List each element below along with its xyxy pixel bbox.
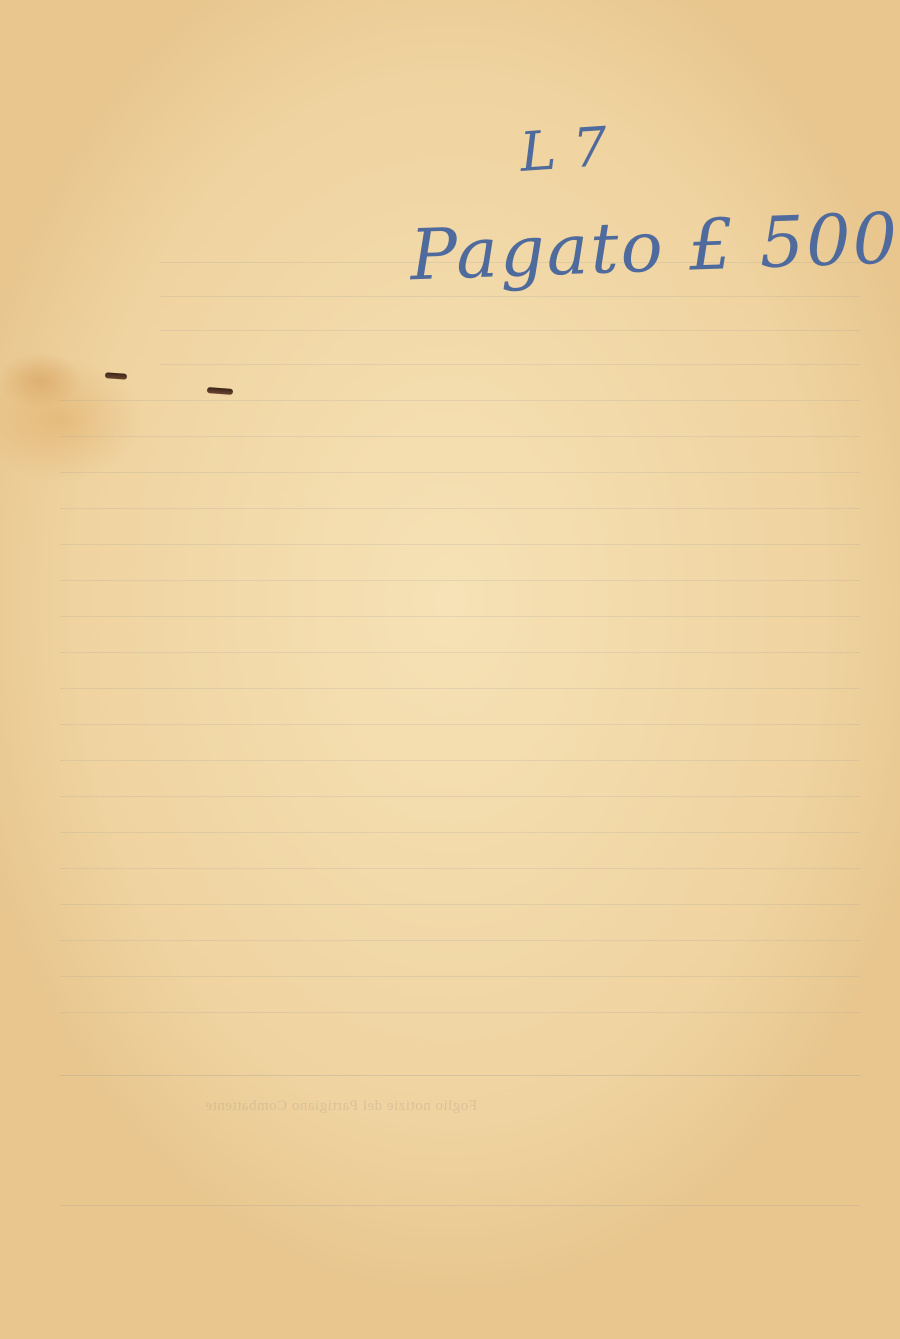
bleed-through-text: Foglio notizie del Partigiano Combattent… [205, 1098, 477, 1115]
ruled-line [60, 580, 860, 581]
ruled-line [60, 904, 860, 905]
ruled-line [60, 616, 860, 617]
ruled-line [160, 296, 860, 297]
ruled-line [160, 364, 860, 365]
ruled-line [60, 796, 860, 797]
ruled-line [160, 330, 860, 331]
ruled-line [60, 436, 860, 437]
ruled-line [60, 1075, 860, 1076]
ruled-line [60, 1205, 860, 1206]
ruled-line [60, 688, 860, 689]
ruled-line [60, 508, 860, 509]
paper-sheet [0, 0, 900, 1339]
ruled-line [60, 832, 860, 833]
ruled-line [60, 472, 860, 473]
ruled-line [60, 868, 860, 869]
ruled-line [60, 760, 860, 761]
ruled-line [60, 940, 860, 941]
ruled-line [60, 724, 860, 725]
ruled-line [60, 652, 860, 653]
ruled-line [60, 1012, 860, 1013]
ruled-line [60, 976, 860, 977]
handwritten-reference-mark: L 7 [518, 115, 610, 184]
handwritten-payment-note: Pagato £ 5000 [409, 196, 900, 297]
ruled-line [60, 544, 860, 545]
ruled-line [60, 400, 860, 401]
